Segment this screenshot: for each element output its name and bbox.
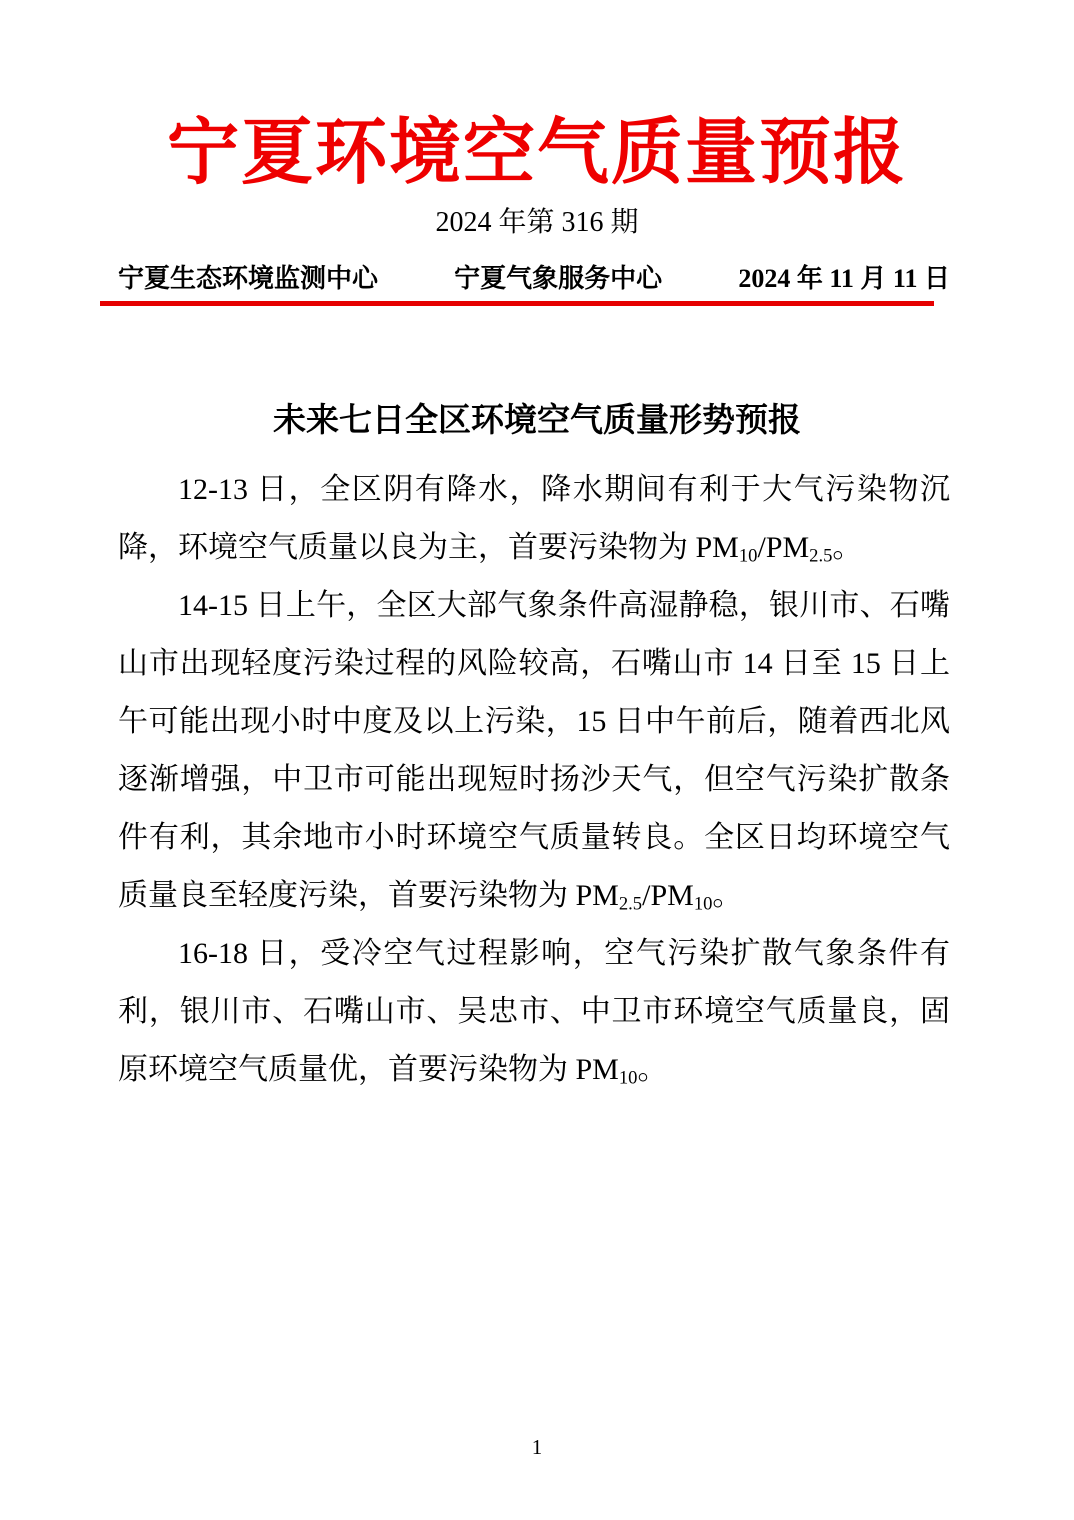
masthead: 宁夏生态环境监测中心 宁夏气象服务中心 2024 年 11 月 11 日	[118, 263, 950, 296]
text-run: 。	[832, 531, 862, 564]
issue-number: 2024 年第 316 期	[0, 205, 1074, 241]
section-title: 未来七日全区环境空气质量形势预报	[0, 400, 1074, 443]
page-number: 1	[0, 1435, 1074, 1460]
document-page: 宁夏环境空气质量预报 2024 年第 316 期 宁夏生态环境监测中心 宁夏气象…	[0, 0, 1074, 1520]
text-run: 16-18 日，受冷空气过程影响，空气污染扩散气象条件有利，银川市、石嘴山市、吴…	[118, 937, 950, 1086]
subscript-run: 2.5	[619, 893, 642, 914]
text-run: 。	[712, 879, 742, 912]
forecast-paragraph: 16-18 日，受冷空气过程影响，空气污染扩散气象条件有利，银川市、石嘴山市、吴…	[118, 925, 950, 1099]
org-weather-center: 宁夏气象服务中心	[454, 263, 662, 296]
text-run: /PM	[757, 531, 809, 564]
org-monitoring-center: 宁夏生态环境监测中心	[118, 263, 378, 296]
red-divider-rule	[100, 301, 934, 306]
doc-title: 宁夏环境空气质量预报	[0, 112, 1074, 195]
subscript-run: 10	[619, 1067, 638, 1088]
subscript-run: 10	[694, 893, 713, 914]
text-run: 14-15 日上午，全区大部气象条件高湿静稳，银川市、石嘴山市出现轻度污染过程的…	[118, 589, 950, 912]
subscript-run: 10	[739, 545, 758, 566]
forecast-body: 12-13 日，全区阴有降水，降水期间有利于大气污染物沉降，环境空气质量以良为主…	[118, 461, 950, 1099]
forecast-paragraph: 12-13 日，全区阴有降水，降水期间有利于大气污染物沉降，环境空气质量以良为主…	[118, 461, 950, 577]
forecast-paragraph: 14-15 日上午，全区大部气象条件高湿静稳，银川市、石嘴山市出现轻度污染过程的…	[118, 577, 950, 925]
text-run: /PM	[642, 879, 694, 912]
subscript-run: 2.5	[809, 545, 832, 566]
text-run: 。	[637, 1053, 667, 1086]
issue-date: 2024 年 11 月 11 日	[738, 263, 950, 296]
